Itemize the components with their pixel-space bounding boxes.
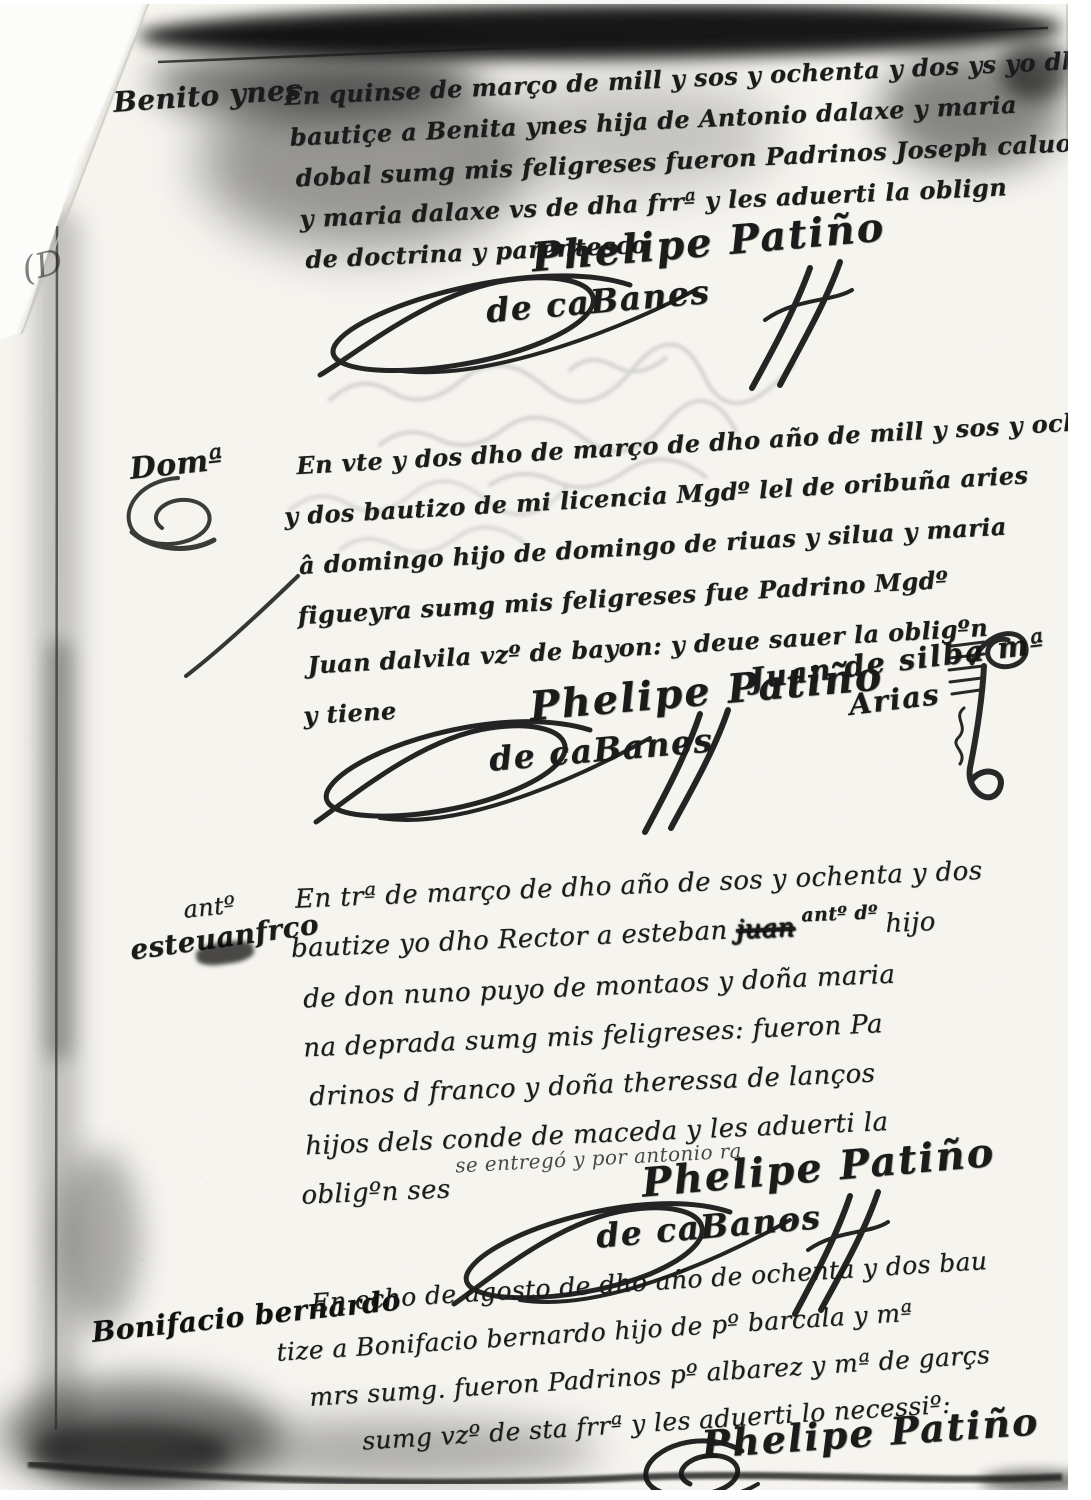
photocopy-grain	[0, 0, 1091, 1500]
manuscript-page: (D Benito ynes En quinse de março de mil…	[0, 0, 1091, 1500]
